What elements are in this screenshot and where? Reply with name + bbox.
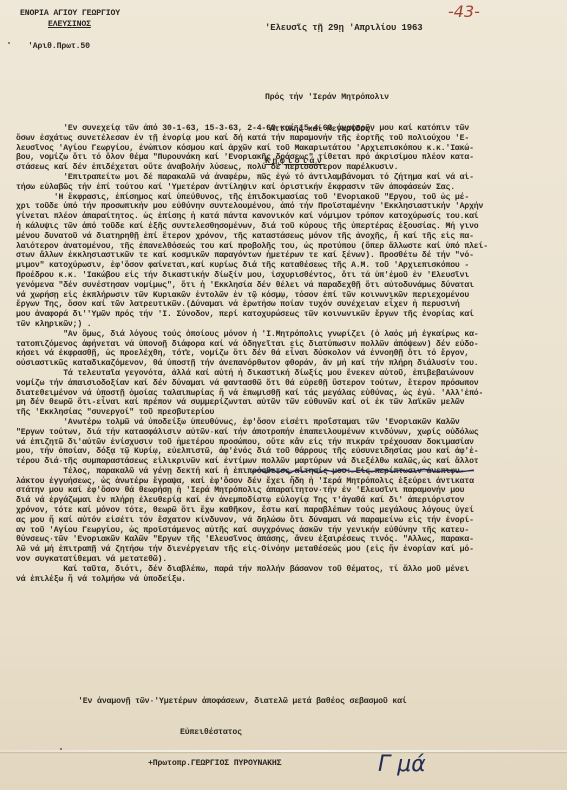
parish-name: ΕΝΟΡΙΑ ΑΓΙΟΥ ΓΕΩΡΓΙΟΥ <box>20 8 120 19</box>
body-line: μου, τήν ὁποίαν, δόξᾳ τῷ Κυρίῳ, εὐελπιστ… <box>16 447 556 457</box>
signature: +Πρωτοπρ.ΓΕΩΡΓΙΟΣ ΠΥΡΟΥΝΑΚΗΣ <box>78 759 407 768</box>
handwritten-mark: Γ μά <box>378 752 426 777</box>
paper-fold-line <box>0 750 567 752</box>
body-line: χρι τοῦδε ὑπό τήν προσωπικήν μου εὐθύνην… <box>16 202 556 212</box>
body-line: τήσω εὐλαβῶς τήν ἐπί τούτου καί 'Υμετέρα… <box>16 183 556 193</box>
letter-date: 'Ελευσῖς τῇ 29ῃ 'Απριλίου 1963 <box>265 23 423 34</box>
addressee-line-1: Πρός τήν 'Ιεράν Μητρόπολιν <box>265 93 389 103</box>
body-line: νομίζω τήν ἀπαισιοδοξίαν καί δέν δύναμαι… <box>16 379 556 389</box>
handwritten-strikethrough-icon <box>252 466 474 476</box>
ink-speck <box>60 748 62 750</box>
body-line: νον συγκατατίθεμαι νά μετατεθῶ). <box>16 555 556 565</box>
body-line: "Εργων τούτων, διά τήν κατασφάλισιν αὐτῶ… <box>16 428 556 438</box>
document-page: ΕΝΟΡΙΑ ΑΓΙΟΥ ΓΕΩΡΓΙΟΥ ΕΛΕΥΣΙΝΟΣ 'Αριθ.Πρ… <box>0 0 567 790</box>
body-line: λευσῖνος 'Αγίου Γεωργίου, ἐνώπιον κόσμου… <box>16 144 556 154</box>
body-line: διατεθειμένον νά ὑποστῇ ὁμοίας ταλαιπωρί… <box>16 389 556 399</box>
body-line: νά ἐπιλέξω ἤ νά τολμήσω νά ὑποδείξω. <box>16 575 556 585</box>
body-line: νά χωρήσῃ εἰς ἐκπλήρωσιν τῶν Κυριακῶν ἐν… <box>16 291 556 301</box>
body-line: ἡ κάλυψις τῶν ἀπό τοῦδε καί ἑξῆς συντελε… <box>16 222 556 232</box>
body-line: γίνεται πλέον ἀπαραίτητος. ὡς ἐπίσης ἡ κ… <box>16 212 556 222</box>
body-line: θύνσεως·τῶν 'Ενοριακῶν Καλῶν "Εργων τῆς … <box>16 535 556 545</box>
body-line: ἔργων Της, ὅσον καί τῶν λατρευτικῶν.(Δύν… <box>16 300 556 310</box>
body-line: Προέδρου κ.κ. 'Ιακώβου εἰς τήν δικαστική… <box>16 271 556 281</box>
body-line: στάσεως καί δέν ἐπιδέχεται οὔτε ἀναβολήν… <box>16 163 556 173</box>
body-line: χρόνον, τότε καί μόνον τότε, θεωρῶ ὅτι ἔ… <box>16 506 556 516</box>
body-line: Τά τελευταῖα γεγονότα, ἀλλά καί αὐτή ἡ δ… <box>16 369 556 379</box>
body-line: τῆς 'Εκκλησίας "συνεργοί" τοῦ πρεσβυτερί… <box>16 408 556 418</box>
body-line: στων ἄλλων ἐκκλησιαστικῶν τε καί κοσμικῶ… <box>16 251 556 261</box>
body-line: λαιότερον ἀνατομένου, τῆς ἐπανελθόσεώς τ… <box>16 242 556 252</box>
body-line: ὅσων ἐσχάτως συνετέλεσαν ἐν τῇ ἐνορίᾳ μο… <box>16 134 556 144</box>
body-line: 'Εν συνεχείᾳ τῶν ἀπό 30-1-63, 15-3-63, 2… <box>16 124 556 134</box>
body-line: μένου δυνατοῦ νά διατηρηθῇ ἐπί ἕτερον χρ… <box>16 232 556 242</box>
body-line: "Αν ὅμως, διά λόγους τούς ὁποίους μόνον … <box>16 330 556 340</box>
body-line: στάτην μου καί ἐφ'ὅσον θά θεωρήσῃ ἡ 'Ιερ… <box>16 486 556 496</box>
body-line: μη δέν θεωρῶ ὅτι-εἶναι καί πρέπον νά συμ… <box>16 398 556 408</box>
ink-speck <box>8 42 10 44</box>
body-line: νά ἐπιζητῶ δι'αὐτῶν ἐνίσχυσιν τοῦ ἡμετέρ… <box>16 438 556 448</box>
body-line: λάκτου ἐγγυήσεως, ὡς ἀνωτέρω ἔγραψα, καί… <box>16 477 556 487</box>
closing-block: 'Εν ἀναμονῇ τῶν·'Υμετέρων ἀποφάσεων, δια… <box>78 675 407 790</box>
ink-speck <box>185 349 187 351</box>
body-line: κήσει νά ἐκφρασθῇ, ὡς προελέχθη, τότε, ν… <box>16 349 556 359</box>
body-line: ας μου ἤ καί αὐτόν εἰσέτι τόν ἔσχατον κί… <box>16 516 556 526</box>
body-line: διά νά ἐργάζωμαι ἐν πλήρῃ ἐλευθερίᾳ καί … <box>16 496 556 506</box>
body-line: μου ἀναφορά δι''Υμῶν πρός τήν 'Ι. Σύνοδο… <box>16 310 556 320</box>
body-line: αν τοῦ 'Αγίου Γεωργίου, ὡς προϊστάμενος … <box>16 526 556 536</box>
body-line: βου, νομίζω ὅτι τό ὅλον θέμα "Πυρουνάκη … <box>16 153 556 163</box>
letter-body: 'Εν συνεχείᾳ τῶν ἀπό 30-1-63, 15-3-63, 2… <box>16 124 561 584</box>
body-line: 'Η ἔκφρασις, ἐπίσημος καί ὑπεύθυνος, τῆς… <box>16 193 556 203</box>
body-line: γενόμενα "δέν συνέστησαν νομίμως", ὅτι ἡ… <box>16 281 556 291</box>
body-line: λῶ νά μή ἐπιτραπῇ νά ζητήσω τήν διενέργε… <box>16 545 556 555</box>
body-line: 'Επιτραπείτω μοι δέ παρακαλῶ νά ἀναφέρω,… <box>16 173 556 183</box>
protocol-number: 'Αριθ.Πρωτ.50 <box>28 41 90 52</box>
body-line: Καί ταῦτα, διότι, δέν διαβλέπω, παρά τήν… <box>16 565 556 575</box>
closing-line: 'Εν ἀναμονῇ τῶν·'Υμετέρων ἀποφάσεων, δια… <box>78 697 407 706</box>
parish-town: ΕΛΕΥΣΙΝΟΣ <box>48 19 91 30</box>
body-line: μιμον" κατοχύρωσιν, ἐφ'ὅσον φαίνεται,καί… <box>16 261 556 271</box>
archive-page-number: -43- <box>448 2 480 21</box>
closing-salutation: Εὐπειθέστατος <box>78 728 407 737</box>
body-line: τατοπιζόμενος ἀφήνεται νά ὑπονοῇ διάφορα… <box>16 340 556 350</box>
body-line: οὐσιαστικῶς καταδικαζόμενον, θά ὑποστῇ τ… <box>16 359 556 369</box>
body-line: 'Ανωτέρω τολμῶ νά ὑποδείξω ὑπευθύνως, ἐφ… <box>16 418 556 428</box>
body-line: τῶν κληρικῶν;) . <box>16 320 556 330</box>
